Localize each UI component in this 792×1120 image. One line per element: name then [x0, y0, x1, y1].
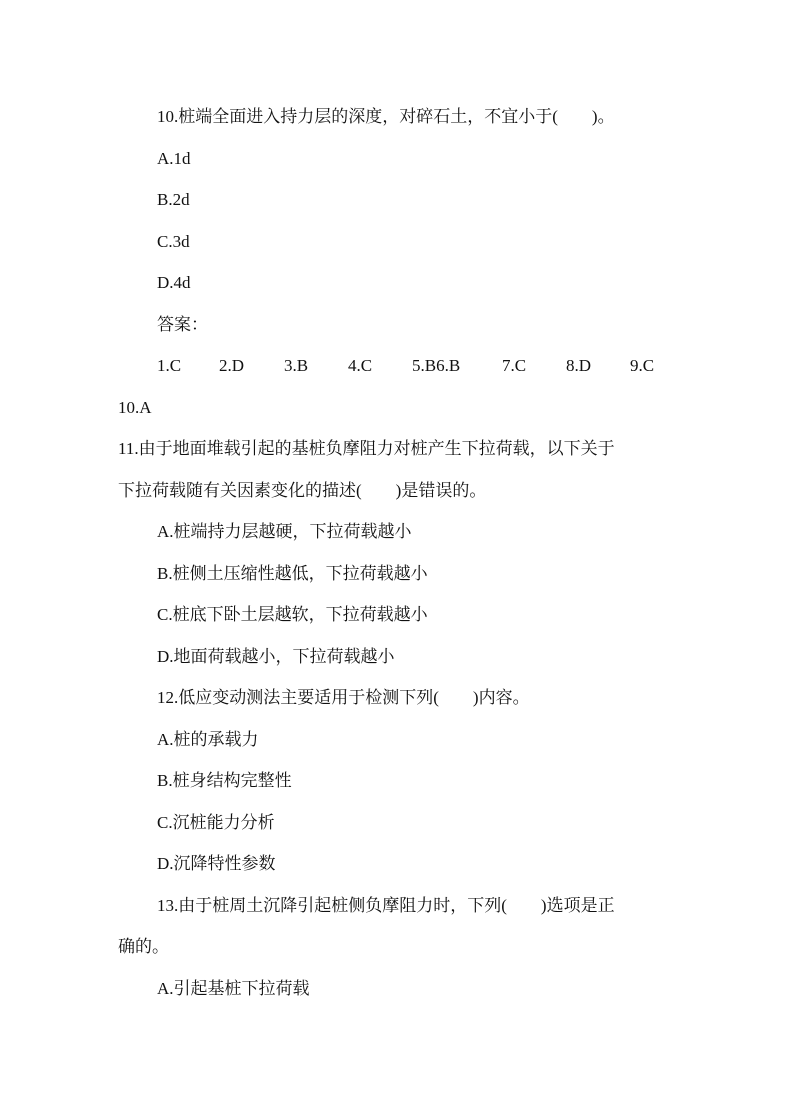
answer-label: 答案： — [157, 315, 208, 335]
q11-option-c: C.桩底下卧土层越软，下拉荷载越小 — [157, 605, 428, 625]
q11-stem-line2: 下拉荷载随有关因素变化的描述( )是错误的。 — [118, 481, 486, 501]
q11-stem-line1: 11.由于地面堆载引起的基桩负摩阻力对桩产生下拉荷载，以下关于 — [118, 439, 615, 459]
q10-option-a: A.1d — [157, 149, 191, 169]
q12-option-b: B.桩身结构完整性 — [157, 771, 292, 791]
q10-option-b: B.2d — [157, 190, 190, 210]
q13-stem-line2: 确的。 — [118, 937, 169, 957]
answer-key: 5.B6.B — [412, 356, 460, 376]
q12-option-a: A.桩的承载力 — [157, 730, 259, 750]
answer-key: 7.C — [502, 356, 526, 376]
answer-key-last: 10.A — [118, 398, 152, 418]
q13-stem-line1: 13.由于桩周土沉降引起桩侧负摩阻力时，下列( )选项是正 — [157, 896, 615, 916]
q11-option-d: D.地面荷载越小，下拉荷载越小 — [157, 647, 395, 667]
document-page: 10.桩端全面进入持力层的深度，对碎石土，不宜小于( )。 A.1d B.2d … — [0, 0, 792, 1120]
q10-option-d: D.4d — [157, 273, 191, 293]
q12-stem: 12.低应变动测法主要适用于检测下列( )内容。 — [157, 688, 530, 708]
answer-key: 8.D — [566, 356, 591, 376]
answer-key: 2.D — [219, 356, 244, 376]
q11-option-a: A.桩端持力层越硬，下拉荷载越小 — [157, 522, 412, 542]
q10-option-c: C.3d — [157, 232, 190, 252]
answer-key: 9.C — [630, 356, 654, 376]
q12-option-d: D.沉降特性参数 — [157, 854, 276, 874]
answer-key: 3.B — [284, 356, 308, 376]
answer-key: 1.C — [157, 356, 181, 376]
q10-stem: 10.桩端全面进入持力层的深度，对碎石土，不宜小于( )。 — [157, 107, 615, 127]
answer-key: 4.C — [348, 356, 372, 376]
q13-option-a: A.引起基桩下拉荷载 — [157, 979, 310, 999]
q12-option-c: C.沉桩能力分析 — [157, 813, 275, 833]
q11-option-b: B.桩侧土压缩性越低，下拉荷载越小 — [157, 564, 428, 584]
